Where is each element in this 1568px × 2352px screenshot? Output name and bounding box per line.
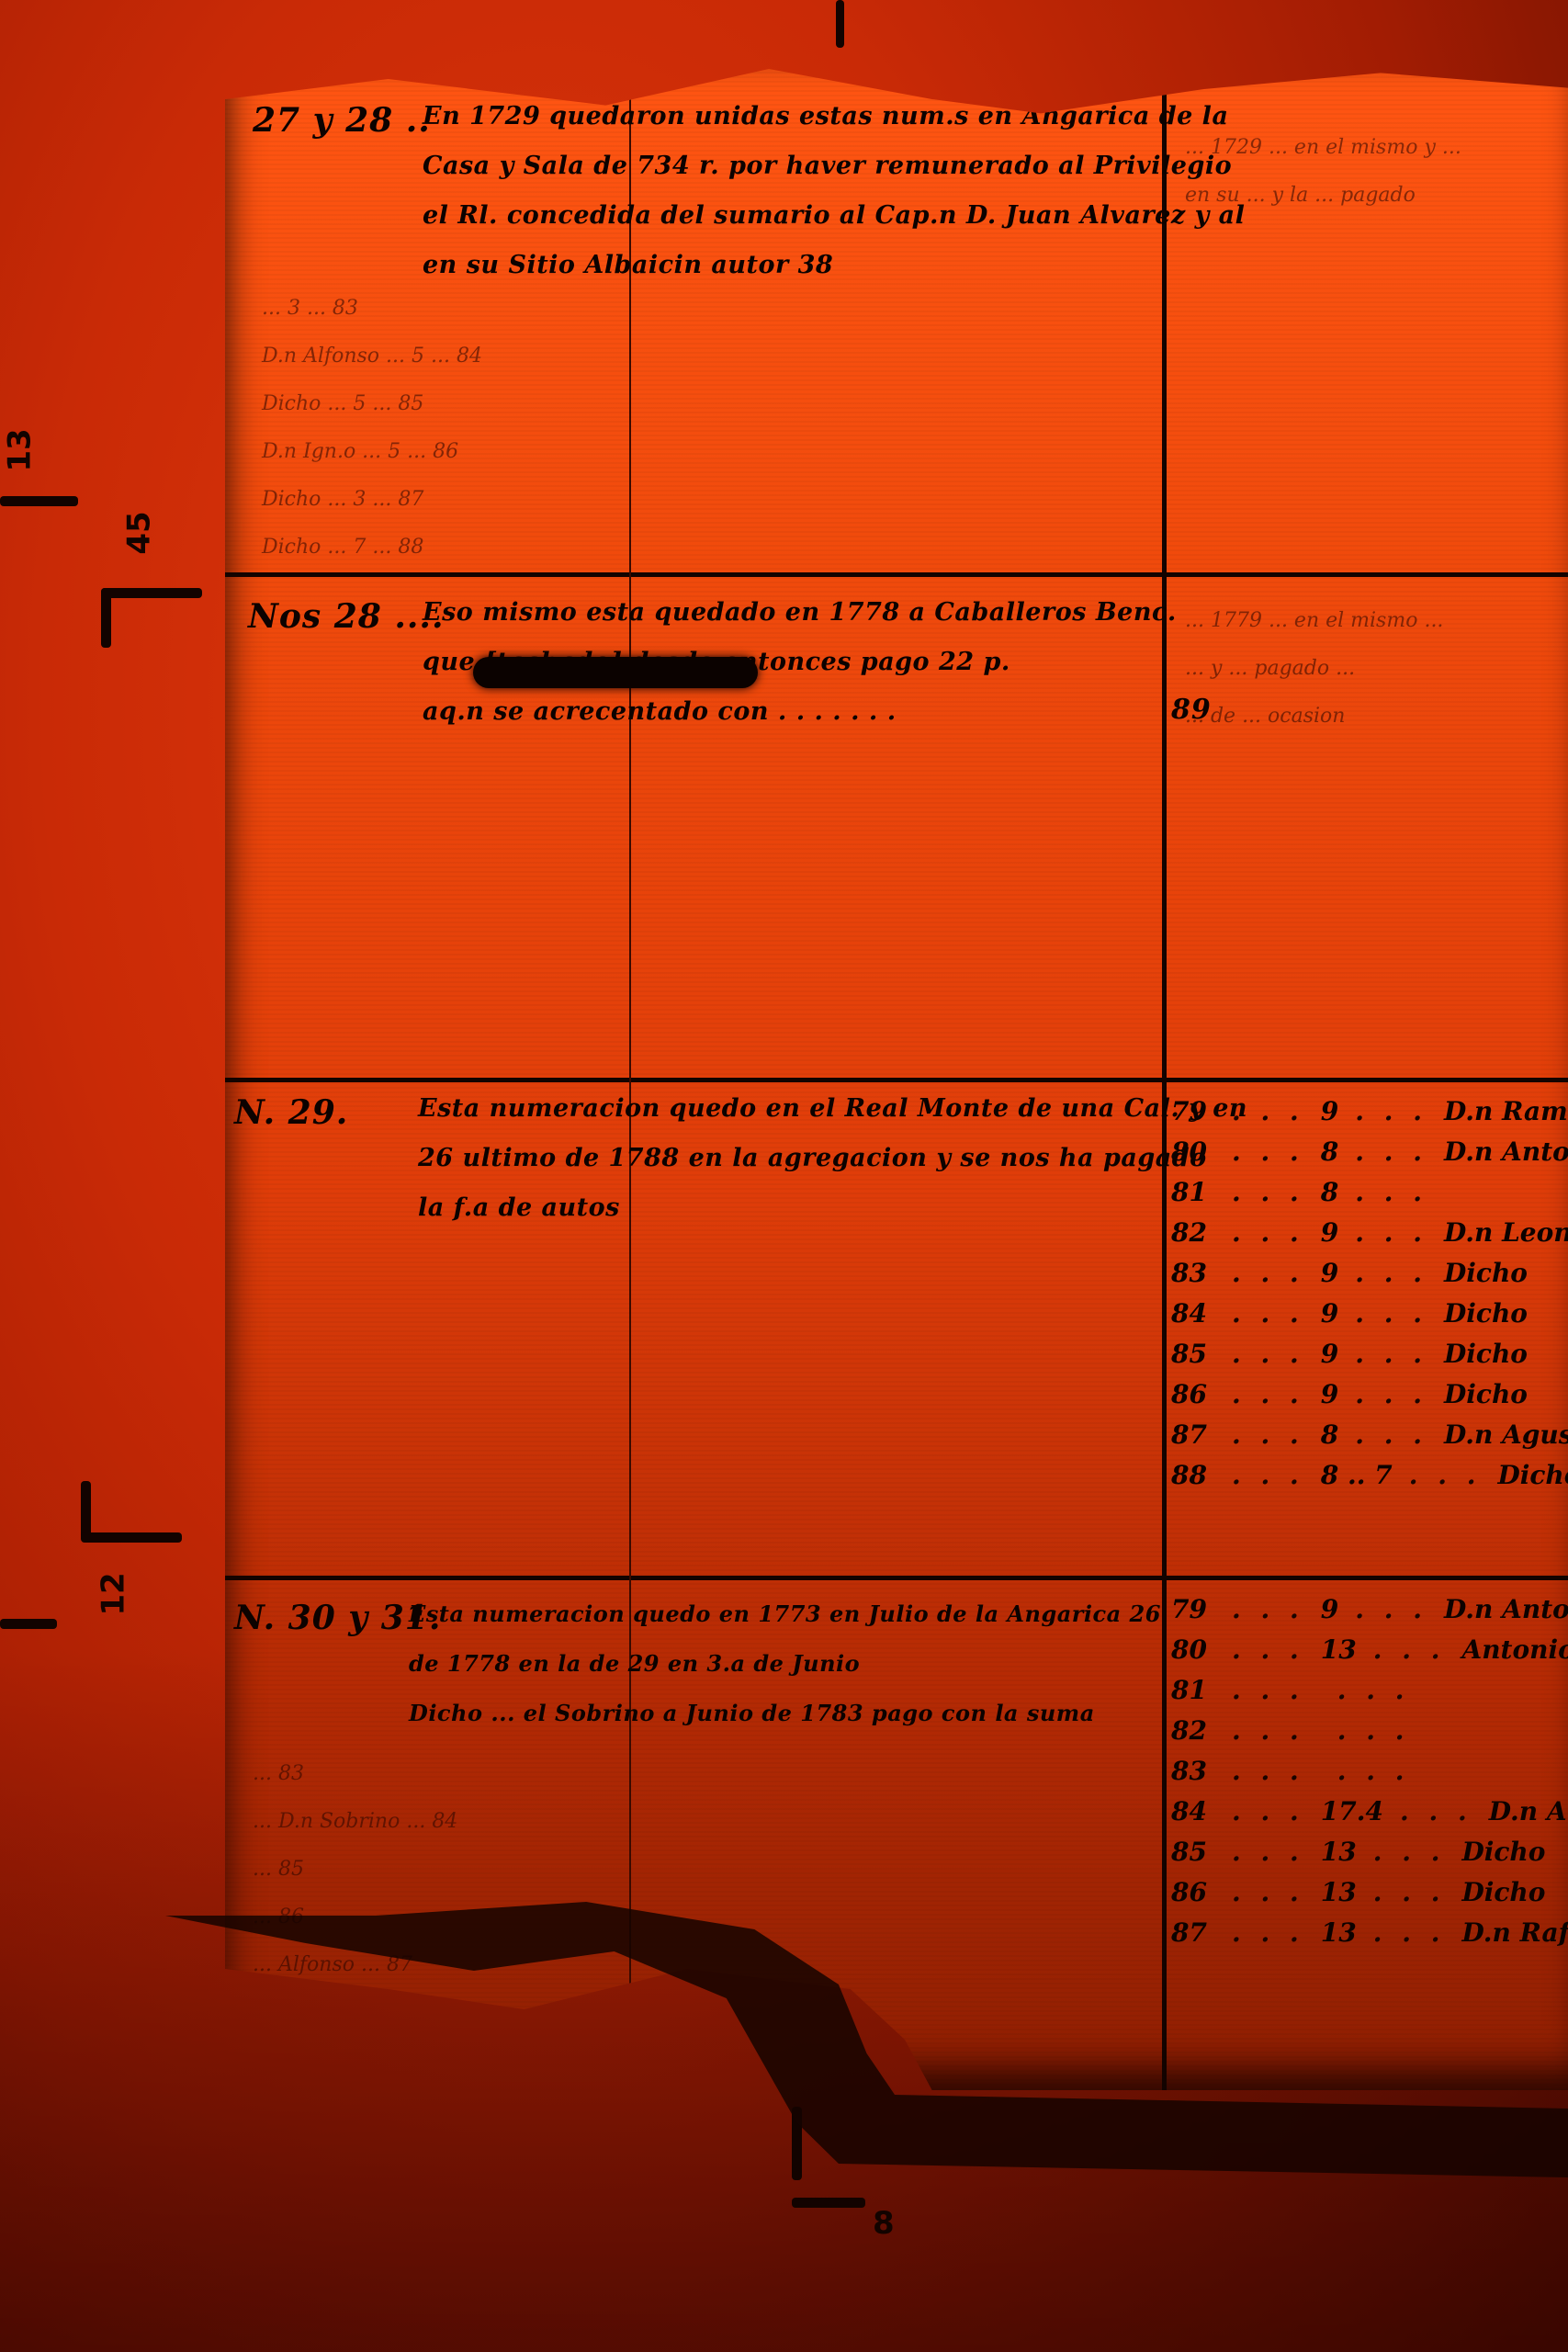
crop-mark-left-1	[0, 496, 78, 506]
faded-right-row-2: ... 1779 ... en el mismo ... ... y ... p…	[1185, 597, 1443, 741]
entry-number-row-1: 27 y 28 ..	[253, 101, 431, 140]
entry-text-row-3: Esta numeracion quedo en el Real Monte d…	[418, 1084, 1247, 1233]
holder-list-item: 86. . .9. . .Dicho	[1171, 1379, 1568, 1419]
leader-dots: . . .	[1373, 1837, 1446, 1867]
leader-dots: . . .	[1337, 1756, 1410, 1786]
holders-list-row-3: 79. . .9. . .D.n Ramon80. . .8. . .D.n A…	[1171, 1096, 1568, 1500]
faded-line: ... D.n Sobrino ... 84	[253, 1798, 457, 1846]
holder-list-item: 85. . .9. . .Dicho	[1171, 1339, 1568, 1379]
crop-mark-left-2v	[101, 588, 111, 648]
holder-n: 87	[1171, 1917, 1215, 1948]
leader-dots: . . .	[1409, 1460, 1482, 1490]
row-divider-2	[225, 1078, 1568, 1082]
holder-list-item: 87. . .13. . .D.n Rafael	[1171, 1917, 1568, 1958]
ink-blot-redaction	[473, 657, 758, 688]
leader-dots: . . .	[1355, 1258, 1427, 1288]
holder-n: 80	[1171, 1136, 1215, 1167]
holder-name: Dicho	[1444, 1379, 1528, 1409]
leader-dots: . . .	[1232, 1594, 1304, 1624]
entry-text-row-1: En 1729 quedaron unidas estas num.s en A…	[423, 92, 1245, 290]
entry-number-row-2: Nos 28 ....	[248, 597, 444, 636]
leader-dots: . . .	[1232, 1715, 1304, 1746]
holder-list-item: 80. . .8. . .D.n Antonio	[1171, 1136, 1568, 1177]
entry-line: Dicho ... el Sobrino a Junio de 1783 pag…	[409, 1689, 1161, 1738]
faded-line: ... de ... ocasion	[1185, 693, 1443, 741]
holder-name: Dicho	[1444, 1298, 1528, 1329]
holder-v: 8	[1321, 1177, 1338, 1207]
holder-v: 9	[1321, 1096, 1338, 1126]
holder-v: 9	[1321, 1217, 1338, 1248]
leader-dots: . . .	[1355, 1096, 1427, 1126]
entry-line: 26 ultimo de 1788 en la agregacion y se …	[418, 1134, 1247, 1183]
leader-dots: . . .	[1355, 1217, 1427, 1248]
leader-dots: . . .	[1355, 1379, 1427, 1409]
holder-n: 86	[1171, 1379, 1215, 1409]
leader-dots: . . .	[1232, 1756, 1304, 1786]
holder-n: 84	[1171, 1298, 1215, 1329]
holder-n: 82	[1171, 1217, 1215, 1248]
faded-line: Dicho ... 5 ... 85	[262, 380, 482, 428]
holder-name: Antonio	[1461, 1634, 1568, 1665]
entry-line: Eso mismo esta quedado en 1778 a Caballe…	[423, 588, 1177, 638]
faded-line: Dicho ... 3 ... 87	[262, 476, 482, 524]
holder-n: 85	[1171, 1339, 1215, 1369]
holder-list-item: 88. . .8 .. 7. . .Dicho	[1171, 1460, 1568, 1500]
leader-dots: . . .	[1355, 1594, 1427, 1624]
holder-v: 9	[1321, 1379, 1338, 1409]
leader-dots: . . .	[1232, 1917, 1304, 1948]
holder-name: Dicho	[1461, 1877, 1545, 1907]
row-divider-3	[225, 1576, 1568, 1580]
leader-dots: . . .	[1373, 1877, 1446, 1907]
entry-text-row-4: Esta numeracion quedo en 1773 en Julio d…	[409, 1589, 1161, 1738]
leader-dots: . . .	[1232, 1136, 1304, 1167]
margin-label-top-left: 13	[2, 428, 39, 471]
holder-list-item: 79. . .9. . .D.n Ramon	[1171, 1096, 1568, 1136]
leader-dots: . . .	[1232, 1634, 1304, 1665]
holder-v: 9	[1321, 1339, 1338, 1369]
holder-list-item: 84. . .17.4. . .D.n Antonio	[1171, 1796, 1568, 1837]
leader-dots: . . .	[1232, 1258, 1304, 1288]
holder-n: 83	[1171, 1756, 1215, 1786]
entry-line: Casa y Sala de 734 r. por haver remunera…	[423, 141, 1245, 191]
leader-dots: . . .	[1232, 1096, 1304, 1126]
entry-line: Esta numeracion quedo en 1773 en Julio d…	[409, 1589, 1161, 1639]
faded-line: en su ... y la ... pagado	[1185, 172, 1461, 220]
holder-list-item: 81. . .. . .	[1171, 1675, 1568, 1715]
entry-line: en su Sitio Albaicin autor 38	[423, 241, 1245, 290]
faded-right-row-1: ... 1729 ... en el mismo y ... en su ...…	[1185, 124, 1461, 220]
leader-dots: . . .	[1373, 1917, 1446, 1948]
holder-name: D.n Agustin Cast.	[1444, 1419, 1568, 1450]
holder-name: D.n Antonio	[1489, 1796, 1568, 1826]
leader-dots: . . .	[1232, 1217, 1304, 1248]
holder-name: Dicho	[1461, 1837, 1545, 1867]
leader-dots: . . .	[1232, 1379, 1304, 1409]
manuscript-page: 27 y 28 .. En 1729 quedaron unidas estas…	[225, 69, 1568, 2090]
entry-number-row-3: N. 29.	[234, 1093, 348, 1132]
faded-line: ... y ... pagado ...	[1185, 645, 1443, 693]
holders-list-row-4: 79. . .9. . .D.n Antonio80. . .13. . .An…	[1171, 1594, 1568, 1958]
holder-list-item: 87. . .8. . .D.n Agustin Cast.	[1171, 1419, 1568, 1460]
holder-list-item: 85. . .13. . .Dicho	[1171, 1837, 1568, 1877]
holder-n: 79	[1171, 1594, 1215, 1624]
faded-line: D.n Ign.o ... 5 ... 86	[262, 428, 482, 476]
holder-list-item: 82. . .9. . .D.n Leonardo	[1171, 1217, 1568, 1258]
entry-line: aq.n se acrecentado con . . . . . . .	[423, 687, 1177, 737]
leader-dots: . . .	[1337, 1675, 1410, 1705]
holder-n: 81	[1171, 1177, 1215, 1207]
holder-v: 9	[1321, 1298, 1338, 1329]
holder-v: 13	[1321, 1877, 1357, 1907]
holder-v: 13	[1321, 1634, 1357, 1665]
faded-line: D.n Alfonso ... 5 ... 84	[262, 333, 482, 380]
faded-line: ... 1729 ... en el mismo y ...	[1185, 124, 1461, 172]
holder-n: 88	[1171, 1460, 1215, 1490]
leader-dots: . . .	[1400, 1796, 1472, 1826]
holder-list-item: 81. . .8. . .	[1171, 1177, 1568, 1217]
entry-line: de 1778 en la de 29 en 3.a de Junio	[409, 1639, 1161, 1689]
holder-name: Dicho	[1444, 1339, 1528, 1369]
leader-dots: . . .	[1232, 1877, 1304, 1907]
leader-dots: . . .	[1355, 1419, 1427, 1450]
leader-dots: . . .	[1232, 1837, 1304, 1867]
leader-dots: . . .	[1355, 1298, 1427, 1329]
holder-n: 81	[1171, 1675, 1215, 1705]
entry-line: el Rl. concedida del sumario al Cap.n D.…	[423, 191, 1245, 241]
holder-name: D.n Leonardo	[1444, 1217, 1568, 1248]
crop-mark-bottom-h	[792, 2198, 865, 2208]
holder-name: Dicho	[1497, 1460, 1568, 1490]
crop-mark-left-2h	[101, 588, 202, 598]
leader-dots: . . .	[1355, 1177, 1427, 1207]
holder-list-item: 84. . .9. . .Dicho	[1171, 1298, 1568, 1339]
holder-v: 8	[1321, 1136, 1338, 1167]
crop-mark-left-4	[0, 1619, 57, 1629]
holder-v: 8 .. 7	[1321, 1460, 1393, 1490]
holder-n: 87	[1171, 1419, 1215, 1450]
crop-mark-left-3h	[81, 1532, 182, 1543]
faded-line: ... 1779 ... en el mismo ...	[1185, 597, 1443, 645]
faded-ledger-row-1: ... 3 ... 83 D.n Alfonso ... 5 ... 84 Di…	[262, 285, 482, 571]
holder-list-item: 82. . .. . .	[1171, 1715, 1568, 1756]
holder-v: 13	[1321, 1917, 1357, 1948]
holder-n: 82	[1171, 1715, 1215, 1746]
holder-list-item: 83. . .9. . .Dicho	[1171, 1258, 1568, 1298]
holder-n: 86	[1171, 1877, 1215, 1907]
holder-list-item: 79. . .9. . .D.n Antonio	[1171, 1594, 1568, 1634]
leader-dots: . . .	[1355, 1136, 1427, 1167]
holder-v: 9	[1321, 1258, 1338, 1288]
margin-label-bottom: 8	[873, 2205, 895, 2242]
faded-line: ... 85	[253, 1846, 457, 1894]
holder-n: 85	[1171, 1837, 1215, 1867]
holder-v: 13	[1321, 1837, 1357, 1867]
holder-n: 84	[1171, 1796, 1215, 1826]
margin-label-left-lower: 12	[96, 1572, 132, 1615]
faded-line: Dicho ... 7 ... 88	[262, 524, 482, 571]
leader-dots: . . .	[1232, 1298, 1304, 1329]
holder-name: D.n Ramon	[1444, 1096, 1568, 1126]
leader-dots: . . .	[1337, 1715, 1410, 1746]
holder-n: 80	[1171, 1634, 1215, 1665]
holder-v: 9	[1321, 1594, 1338, 1624]
holder-name: Dicho	[1444, 1258, 1528, 1288]
leader-dots: . . .	[1232, 1675, 1304, 1705]
holder-n: 79	[1171, 1096, 1215, 1126]
entry-line: En 1729 quedaron unidas estas num.s en A…	[423, 92, 1245, 141]
faded-line: ... 3 ... 83	[262, 285, 482, 333]
leader-dots: . . .	[1373, 1634, 1446, 1665]
leader-dots: . . .	[1232, 1419, 1304, 1450]
holder-name: D.n Antonio	[1444, 1136, 1568, 1167]
leader-dots: . . .	[1355, 1339, 1427, 1369]
entry-line: la f.a de autos	[418, 1183, 1247, 1233]
holder-v: 8	[1321, 1419, 1338, 1450]
row-divider-1	[225, 572, 1568, 577]
leader-dots: . . .	[1232, 1796, 1304, 1826]
holder-name: D.n Rafael	[1461, 1917, 1568, 1948]
crop-mark-top	[836, 0, 844, 48]
margin-label-left-mid: 45	[121, 511, 158, 554]
leader-dots: . . .	[1232, 1177, 1304, 1207]
entry-line: Esta numeracion quedo en el Real Monte d…	[418, 1084, 1247, 1134]
holder-v: 17.4	[1321, 1796, 1383, 1826]
holder-list-item: 86. . .13. . .Dicho	[1171, 1877, 1568, 1917]
holder-n: 83	[1171, 1258, 1215, 1288]
holder-name: D.n Antonio	[1444, 1594, 1568, 1624]
leader-dots: . . .	[1232, 1339, 1304, 1369]
faded-line: ... 83	[253, 1750, 457, 1798]
holder-list-item: 80. . .13. . .Antonio	[1171, 1634, 1568, 1675]
holder-list-item: 83. . .. . .	[1171, 1756, 1568, 1796]
leader-dots: . . .	[1232, 1460, 1304, 1490]
right-number-row-2: 89	[1171, 694, 1212, 726]
